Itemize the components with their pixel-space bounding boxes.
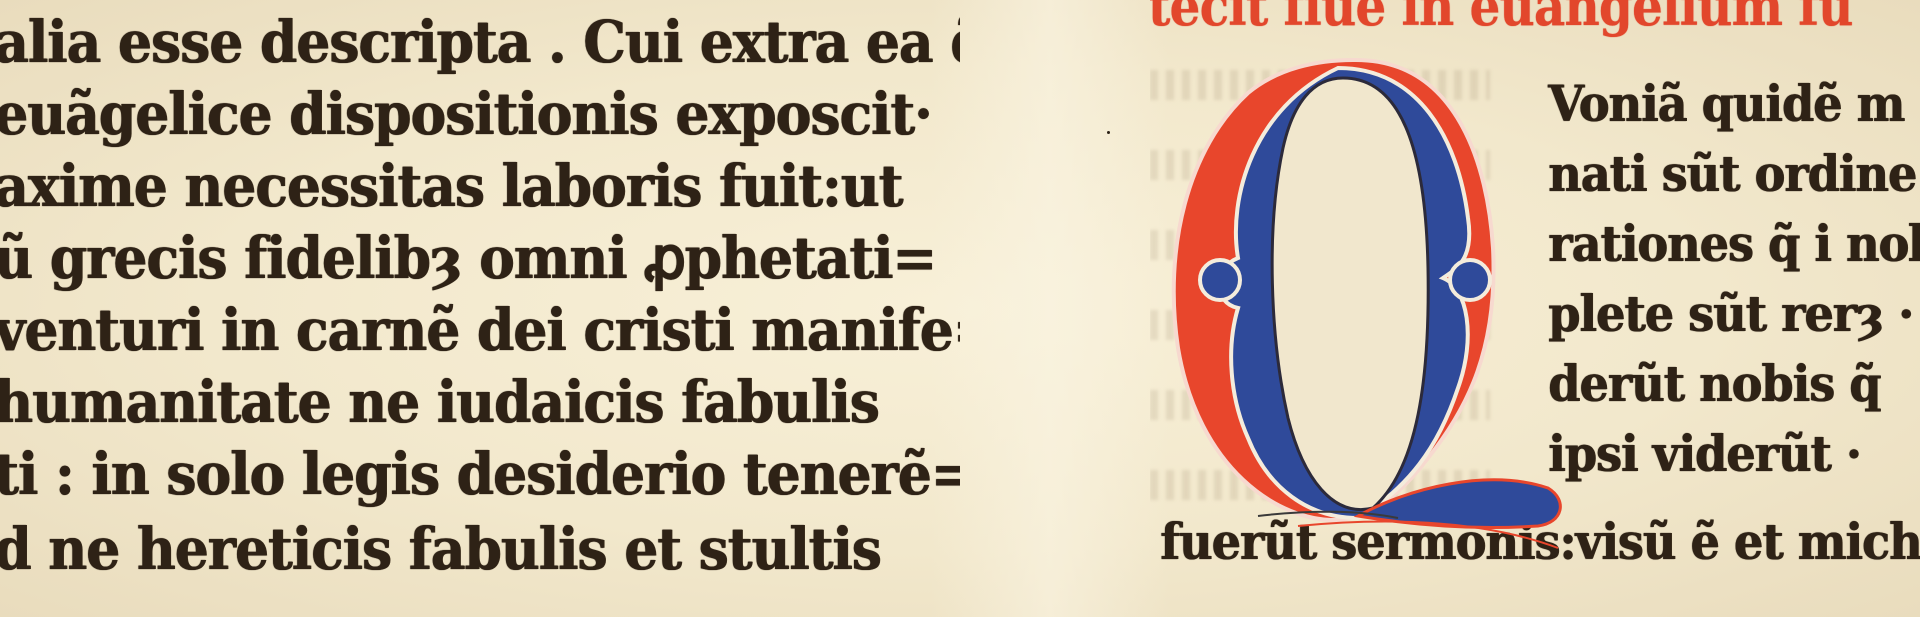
right-line-4: plete sũt rerȝ · su: [1548, 284, 1920, 343]
left-line-6: humanitate ne iudaicis fabulis: [0, 368, 879, 436]
left-line-1: alia esse descripta . Cui extra ea q̃: [0, 8, 960, 76]
left-page: alia esse descripta . Cui extra ea q̃ eu…: [0, 0, 960, 617]
left-line-2: euãgelice dispositionis exposcit·: [0, 80, 931, 148]
right-line-1: Voniã quidẽ m: [1548, 74, 1904, 133]
left-line-4: ũ grecis fidelibȝ omni ꝓphetati=: [0, 224, 936, 292]
left-line-8: d ne hereticis fabulis et stultis: [0, 515, 881, 583]
right-line-2: nati sũt ordine: [1548, 144, 1916, 203]
left-line-3: axime necessitas laboris fuit:ut: [0, 152, 902, 220]
right-line-5: derũt nobis q̃: [1548, 354, 1880, 413]
rubric-heading: tecit fiue in euangelium fu: [1150, 0, 1853, 38]
illuminated-initial-q-icon: [1158, 48, 1578, 568]
parchment-speck: [1107, 131, 1110, 134]
left-line-5: venturi in carnẽ dei cristi manife=: [0, 296, 960, 364]
right-line-6: ipsi viderũt ·: [1548, 424, 1861, 483]
left-line-7: ti : in solo legis desiderio tenerẽ=: [0, 440, 960, 508]
right-line-3: rationes q̃ i nob: [1548, 214, 1920, 273]
page-gutter: [930, 0, 1170, 617]
